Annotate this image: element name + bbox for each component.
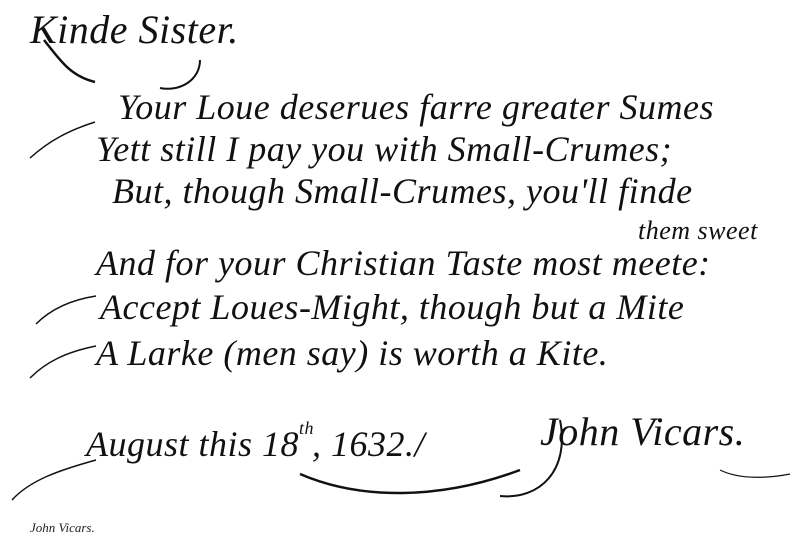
handwritten-letter: Kinde Sister. Your Loue deserues farre g…: [0, 0, 800, 548]
poem-line-2: Yett still I pay you with Small-Crumes;: [96, 128, 672, 170]
poem-line-1: Your Loue deserues farre greater Sumes: [118, 86, 714, 128]
date-suffix: , 1632./: [312, 424, 425, 464]
letter-date: August this 18th, 1632./: [86, 418, 425, 465]
poem-line-4: And for your Christian Taste most meete:: [96, 242, 711, 284]
poem-line-6: A Larke (men say) is worth a Kite.: [96, 332, 608, 374]
signature: John Vicars.: [540, 408, 745, 455]
date-prefix: August this 18: [86, 424, 299, 464]
caption: John Vicars.: [30, 520, 95, 536]
poem-line-5: Accept Loues-Might, though but a Mite: [100, 286, 684, 328]
poem-line-3: But, though Small-Crumes, you'll finde: [112, 170, 693, 212]
salutation: Kinde Sister.: [30, 6, 239, 53]
